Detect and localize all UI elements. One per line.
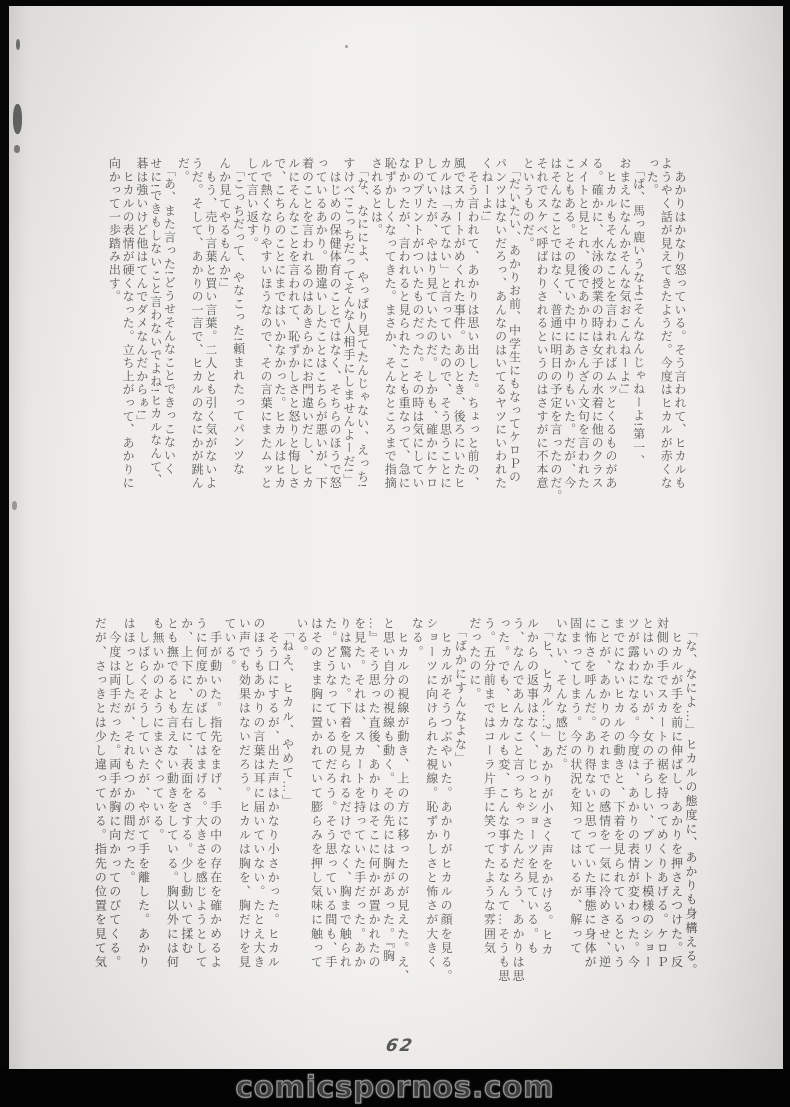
text-column: 向かって一歩踏み出す。 [107,157,121,513]
text-column: あかりはかなり怒っている。そう言われて、ヒカルも [672,157,686,513]
text-column: そう言われて、あかりは思い出した。ちょっと前の、 [465,157,479,513]
text-column: っているあかり。勘違いしたことはこちらが悪いが、下 [313,157,327,513]
text-column: ツが露わになる。今度は、あかりの表情が変わった。今 [626,617,640,993]
text-column: しばらくそうしていたが、やがて手を離した。あかり [136,617,150,993]
text-column: ルにそんなことを言われて、恥ずかしさと怒りと悔しさ [286,157,300,513]
text-column: る。確かに、水泳の授業の時は女子の水着に他のクラス [589,157,603,513]
text-column: ショーツに向けられた視線。恥ずかしさと怖さが大きく [424,617,438,993]
text-column: ヒカルの視線が動き、上の方に移ったのが見えた。え、 [395,617,409,993]
text-column: だが、さっきとは少し違っている。指先の位置を見て気 [93,617,107,993]
text-column: いる。 [295,617,309,993]
text-column: ことが、あかりのそれまでの感情を一気に冷めさせ、逆 [597,617,611,993]
text-column: 風でスカートがめくれた事件。あのとき、後ろにいたヒ [451,157,465,513]
text-column: も無いかのようにまさぐっている。 [151,617,165,993]
text-column: とも撫でるとも言えない動きをしている。胸以外には何 [165,617,179,993]
text-column: そう口にするが、出た声はかなり小さかった。ヒカル [266,617,280,993]
text-column: ヒカルがそうつぶやいた。あかりがヒカルの顔を見る。 [439,617,453,993]
text-column: …』そう思った直後、あかりはそこに何かが置かれたの [367,617,381,993]
text-column: とはいかないが、女の子らしい、プリント模様のショー [640,617,654,993]
text-column: 「な、なにによ、やっぱり見てたんじゃない、えっち! [355,157,369,513]
text-column: うに何度かのばしてはまげる。大きさを感じようとして [194,617,208,993]
text-column: いない、そんな感じだ。 [554,617,568,993]
text-column: されるとは。 [369,157,383,513]
text-column: 「だいたい、あかりお前、中学生にもなってケロＰの [507,157,521,513]
text-column: ヒカルが手を前に伸ばし、あかりを押さえつけた。反 [669,617,683,993]
text-column: と思い自分の視線も動く。その先には胸があった。『胸 [381,617,395,993]
text-column: パンツはないだろっ、あんなのはいてるヤツにいわれた [493,157,507,513]
text-column: はほっとしたが、それもつかの間だった。 [122,617,136,993]
text-column: んか見てやるもんか!」 [217,157,231,513]
scan-speck [13,104,22,134]
text-column: に怖さを呼んだ。あり得ないと思っていた事態に身体が [583,617,597,993]
text-column: ヒカルの表情が硬くなった。立ち上がって、あかりに [120,157,134,513]
scanned-book-page: { "page_number": "62", "watermark": "com… [0,0,790,1107]
text-column: 着のことを言われるのはあきらかにお門違いだし、ヒカ [300,157,314,513]
text-column: 「ば、馬っ鹿いうなよ!そんなんじゃねーよ!第一、 [631,157,645,513]
text-column: った。 [645,157,659,513]
text-column: Ｐのプリントがついたものだった。その時は気にしてい [410,157,424,513]
text-column: ルからの返事はなく、じっとショーツを見ている。も [525,617,539,993]
text-column: だ。 [176,157,190,513]
text-column: 「あ、また言った!どうせそんなことできっこないく [162,157,176,513]
text-column: おまえになんかそんな気おこんねーよ!」 [617,157,631,513]
text-column: はそんなことではなく、普通に明日の予定を言ったのだ。 [548,157,562,513]
text-column: カルは「みてない」と言っていたので、そう思うことに [438,157,452,513]
text-column: 「な、なによ…」ヒカルの態度に、あかりも身構える。 [684,617,698,993]
scan-speck [345,45,348,48]
text-column: た。どうなっているのだろう。そう思っている間も、手 [323,617,337,993]
text-column: 固まってしまう。今の状況を知ってはいるが、解って [568,617,582,993]
text-column: 対側の手でスカートの裾を持ってめくりあげる。ケロＰ [655,617,669,993]
watermark-text: comicspornos.com [236,1073,555,1102]
text-column: 碁は強いけど他はてんでダメなんだからぁ!」 [134,157,148,513]
text-column: ヒカルもそんなことを言われればムッとくるものがあ [603,157,617,513]
text-column: い声でも効果はないだろう。ヒカルは胸を、胸だけを見 [237,617,251,993]
text-column: う、なんであんなこと言っちゃったんだろう、あかりは思 [511,617,525,993]
scan-speck [16,39,20,50]
text-column: で、こちらのことにまではいかなかった。ヒカルはヒカ [272,157,286,513]
text-column: こともある。その見ていた中にあかりもいた。だが、今 [562,157,576,513]
scan-speck [14,145,20,153]
text-column: ルで熱くなりやすいほうなので、その言葉にまたムッと [258,157,272,513]
text-column: までにないヒカルの動きと、下着を見られているという [612,617,626,993]
text-column: 「こっちだって、やなこった!頼まれたってパンツな [231,157,245,513]
text-column: はじめの保健体育のことではなく、そちらのほうで怒 [327,157,341,513]
text-column: りは驚いた。下着を見られるだけでなく、胸まで触られ [338,617,352,993]
text-column: して言い返す。 [245,157,259,513]
watermark-bar: comicspornos.com [0,1069,790,1107]
text-column: メイトと見とれ、後であかりにさんざん文句を言われた [576,157,590,513]
text-column: せに!できもしないこと言わないでよね!ヒカルなんて、 [148,157,162,513]
text-column: 恥ずかしくなってきた。まさか、そんなところまで指摘 [382,157,396,513]
text-column: う。五分前まではコーラ片手に笑ってたような雰囲気 [482,617,496,993]
text-column: った。でも、ヒカルも変、こんな事するなんて…そうも思 [496,617,510,993]
text-column: くねーよ!」 [479,157,493,513]
text-column: だったのに。 [468,617,482,993]
scan-speck [12,501,17,510]
text-column: ようやく話が見えてきたようだ。今度はヒカルが赤くな [658,157,672,513]
text-column: か、上下に、左右に、表面をさする。少し動いて揉む [179,617,193,993]
text-column: というものだ。 [520,157,534,513]
text-column: それでスケベ呼ばわりされるというのはさすがに不本意 [534,157,548,513]
page-surface: あかりはかなり怒っている。そう言われて、ヒカルもようやく話が見えてきたようだ。今… [9,6,783,1107]
page-number: 62 [384,1036,415,1056]
text-column: なかったが、言われると見られたことも重なって、急に [396,157,410,513]
text-column: 「ヒ、ヒカル…?」あかりが小さく声をかける。ヒカ [540,617,554,993]
text-column: 「ねえ、ヒカル、やめて…」 [280,617,294,993]
text-column: 手が動いた。指先をまげ、手の中の存在を確かめるよ [208,617,222,993]
text-column: 今度は両手だった。両手が胸に向かってのびてくる。 [107,617,121,993]
text-column: のほうもあかりの言葉は耳に届いていない。たとえ大き [251,617,265,993]
top-text-block: あかりはかなり怒っている。そう言われて、ヒカルもようやく話が見えてきたようだ。今… [106,157,686,513]
text-column: ている。 [223,617,237,993]
text-column: もう、売り言葉と買い言葉。二人とも引く気がないよ [203,157,217,513]
text-column: なる。 [410,617,424,993]
text-column: はそのまま胸に置かれていて膨らみを押し気味に触って [309,617,323,993]
text-column: うだ。そして、あかりの一言で、ヒカルのなにかが跳ん [189,157,203,513]
bottom-text-block: 「な、なによ…」ヒカルの態度に、あかりも身構える。 ヒカルが手を前に伸ばし、あか… [92,617,698,993]
text-column: すけべ!こっちだってそんな人相手にしませんよーだ!」 [341,157,355,513]
text-column: を見た。それは、スカートを持っていた手だった。あか [352,617,366,993]
text-column: していたが、やはり見ていたのだ。しかも、確かにケロ [424,157,438,513]
text-column: 「ばかにすんなよな」 [453,617,467,993]
